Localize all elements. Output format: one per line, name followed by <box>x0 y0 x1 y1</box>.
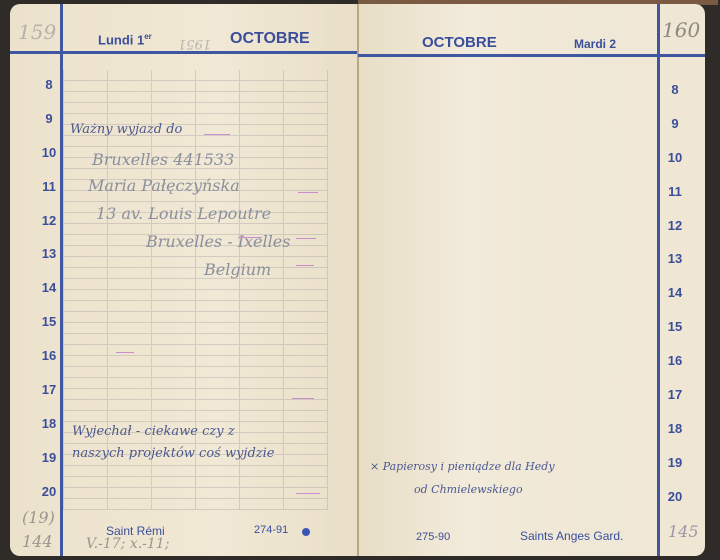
hour-label: 11 <box>664 184 686 199</box>
handwritten-note-line: 13 av. Louis Lepoutre <box>96 204 271 223</box>
right-day-label: Mardi 2 <box>574 37 616 51</box>
footer-pencil-note: V.-17; x.-11; <box>86 536 169 552</box>
handwritten-note-line: Wyjechał - ciekawe czy z <box>72 424 235 439</box>
right-saint-name: Saints Anges Gard. <box>520 529 623 543</box>
hour-label: 17 <box>38 382 60 397</box>
hour-label: 9 <box>38 111 60 126</box>
hour-label: 8 <box>38 77 60 92</box>
hour-label: 18 <box>38 416 60 431</box>
hour-label: 12 <box>664 218 686 233</box>
hour-label: 19 <box>38 450 60 465</box>
hour-label: 9 <box>664 116 686 131</box>
hour-label: 15 <box>38 314 60 329</box>
handwritten-note-line: naszych projektów coś wyjdzie <box>72 446 274 461</box>
right-month-title: OCTOBRE <box>422 34 497 51</box>
handwritten-note-line: Bruxelles 441533 <box>92 150 234 169</box>
right-footer-pencil-number: 145 <box>668 522 699 541</box>
hour-label: 15 <box>664 319 686 334</box>
binding-gutter <box>357 4 359 556</box>
hour-label: 10 <box>664 150 686 165</box>
hour-label: 12 <box>38 213 60 228</box>
hour-label: 18 <box>664 421 686 436</box>
hour-label: 13 <box>664 251 686 266</box>
hour-label: 19 <box>664 455 686 470</box>
margin-pencil-note: (19) <box>22 508 55 527</box>
pink-mark <box>298 192 318 193</box>
pink-mark <box>292 398 314 399</box>
year-stamp: 1951 <box>178 36 211 51</box>
handwritten-note-line: × Papierosy i pieniądze dla Hedy <box>370 460 555 473</box>
right-day-count: 275-90 <box>416 531 450 543</box>
hour-label: 20 <box>664 489 686 504</box>
hour-label: 20 <box>38 484 60 499</box>
hour-label: 10 <box>38 145 60 160</box>
moon-phase-new-moon-icon <box>302 528 310 536</box>
pink-mark <box>296 493 320 494</box>
hour-label: 14 <box>38 280 60 295</box>
right-header-rule <box>358 54 705 57</box>
hour-label: 16 <box>664 353 686 368</box>
hour-label: 16 <box>38 348 60 363</box>
left-day-label: Lundi 1er <box>98 32 152 47</box>
right-corner-number: 160 <box>662 18 700 42</box>
pink-mark <box>238 237 262 238</box>
left-margin-rule <box>60 4 63 556</box>
handwritten-note-line: Ważny wyjazd do <box>70 122 182 137</box>
handwritten-note-line: od Chmielewskiego <box>414 483 523 496</box>
handwritten-note-line: Bruxelles - Ixelles <box>146 232 290 251</box>
handwritten-note-line: Belgium <box>204 260 271 279</box>
right-margin-rule <box>657 4 660 556</box>
pink-mark <box>116 352 134 353</box>
left-month-title: OCTOBRE <box>230 30 310 48</box>
hour-label: 17 <box>664 387 686 402</box>
left-day-count: 274-91 <box>254 524 288 536</box>
pink-mark <box>296 238 316 239</box>
pink-mark <box>296 265 314 266</box>
hour-label: 13 <box>38 246 60 261</box>
right-diary-page <box>358 4 705 556</box>
hour-label: 11 <box>38 179 60 194</box>
pink-mark <box>204 134 230 135</box>
margin-pencil-note: 144 <box>22 532 53 551</box>
left-saint-name: Saint Rémi <box>106 524 165 538</box>
handwritten-note-line: Maria Pałęczyńska <box>88 176 240 195</box>
left-corner-number: 159 <box>18 20 56 44</box>
hour-label: 8 <box>664 82 686 97</box>
hour-label: 14 <box>664 285 686 300</box>
left-header-rule <box>10 51 358 54</box>
